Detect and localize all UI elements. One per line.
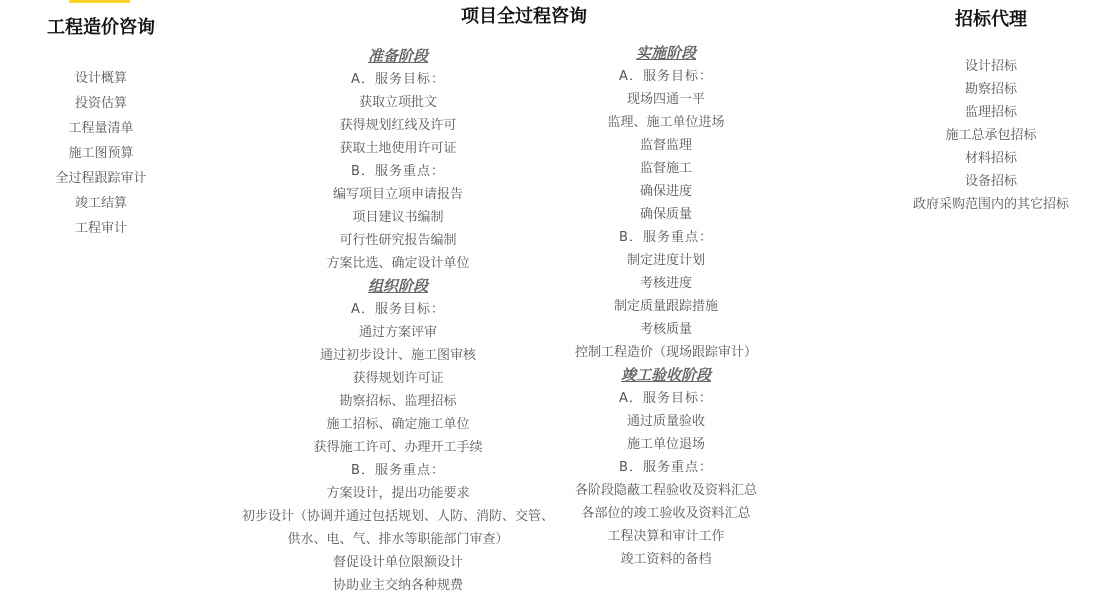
cost-consulting-title: 工程造价咨询 bbox=[47, 17, 155, 39]
list-item[interactable]: 政府采购范围内的其它招标 bbox=[913, 193, 1069, 216]
goal-item: 施工招标、确定施工单位 bbox=[238, 413, 558, 436]
section-goal-label: A．服务目标： bbox=[238, 298, 558, 321]
list-item[interactable]: 监理招标 bbox=[913, 101, 1069, 124]
focus-item: 考核进度 bbox=[536, 272, 796, 295]
goal-item: 获取立项批文 bbox=[238, 91, 558, 114]
full-process-consulting-title: 项目全过程咨询 bbox=[461, 6, 587, 28]
phase-title-organization: 组织阶段 bbox=[238, 275, 558, 298]
goal-item: 获取土地使用许可证 bbox=[238, 137, 558, 160]
goal-item: 监督监理 bbox=[536, 134, 796, 157]
section-focus-label: B．服务重点： bbox=[536, 226, 796, 249]
goal-item: 监理、施工单位进场 bbox=[536, 111, 796, 134]
goal-item: 获得规划许可证 bbox=[238, 367, 558, 390]
list-item[interactable]: 设备招标 bbox=[913, 170, 1069, 193]
tender-agency-list: 设计招标 勘察招标 监理招标 施工总承包招标 材料招标 设备招标 政府采购范围内… bbox=[913, 55, 1069, 216]
section-goal-label: A．服务目标： bbox=[536, 387, 796, 410]
focus-item: 各阶段隐蔽工程验收及资料汇总 bbox=[536, 479, 796, 502]
goal-item: 勘察招标、监理招标 bbox=[238, 390, 558, 413]
focus-item: 竣工资料的备档 bbox=[536, 548, 796, 571]
focus-item: 工程决算和审计工作 bbox=[536, 525, 796, 548]
goal-item: 确保质量 bbox=[536, 203, 796, 226]
focus-item: 方案设计，提出功能要求 bbox=[238, 482, 558, 505]
list-item[interactable]: 材料招标 bbox=[913, 147, 1069, 170]
focus-item: 协助业主交纳各种规费 bbox=[238, 574, 558, 597]
phase-title-completion: 竣工验收阶段 bbox=[536, 364, 796, 387]
list-item[interactable]: 施工图预算 bbox=[55, 141, 146, 166]
phase-column-2: 实施阶段 A．服务目标： 现场四通一平 监理、施工单位进场 监督监理 监督施工 … bbox=[536, 42, 796, 571]
focus-item: 各部位的竣工验收及资料汇总 bbox=[536, 502, 796, 525]
active-tab-indicator bbox=[69, 0, 130, 3]
focus-item: 方案比选、确定设计单位 bbox=[238, 252, 558, 275]
phase-column-1: 准备阶段 A．服务目标： 获取立项批文 获得规划红线及许可 获取土地使用许可证 … bbox=[238, 45, 558, 597]
focus-item: 考核质量 bbox=[536, 318, 796, 341]
focus-item: 项目建议书编制 bbox=[238, 206, 558, 229]
section-focus-label: B．服务重点： bbox=[536, 456, 796, 479]
goal-item: 通过初步设计、施工图审核 bbox=[238, 344, 558, 367]
focus-item: 初步设计（协调并通过包括规划、人防、消防、交管、供水、电、气、排水等职能部门审查… bbox=[238, 505, 558, 551]
focus-item: 可行性研究报告编制 bbox=[238, 229, 558, 252]
cost-consulting-list: 设计概算 投资估算 工程量清单 施工图预算 全过程跟踪审计 竣工结算 工程审计 bbox=[55, 66, 146, 241]
list-item[interactable]: 工程审计 bbox=[55, 216, 146, 241]
goal-item: 通过质量验收 bbox=[536, 410, 796, 433]
goal-item: 获得规划红线及许可 bbox=[238, 114, 558, 137]
list-item[interactable]: 工程量清单 bbox=[55, 116, 146, 141]
services-page: 工程造价咨询 设计概算 投资估算 工程量清单 施工图预算 全过程跟踪审计 竣工结… bbox=[0, 0, 1115, 606]
section-focus-label: B．服务重点： bbox=[238, 160, 558, 183]
list-item[interactable]: 设计概算 bbox=[55, 66, 146, 91]
list-item[interactable]: 设计招标 bbox=[913, 55, 1069, 78]
list-item[interactable]: 全过程跟踪审计 bbox=[55, 166, 146, 191]
goal-item: 确保进度 bbox=[536, 180, 796, 203]
list-item[interactable]: 勘察招标 bbox=[913, 78, 1069, 101]
goal-item: 监督施工 bbox=[536, 157, 796, 180]
goal-item: 施工单位退场 bbox=[536, 433, 796, 456]
goal-item: 通过方案评审 bbox=[238, 321, 558, 344]
goal-item: 现场四通一平 bbox=[536, 88, 796, 111]
list-item[interactable]: 施工总承包招标 bbox=[913, 124, 1069, 147]
section-goal-label: A．服务目标： bbox=[238, 68, 558, 91]
tender-agency-title: 招标代理 bbox=[955, 9, 1027, 31]
list-item[interactable]: 竣工结算 bbox=[55, 191, 146, 216]
goal-item: 获得施工许可、办理开工手续 bbox=[238, 436, 558, 459]
list-item[interactable]: 投资估算 bbox=[55, 91, 146, 116]
phase-title-preparation: 准备阶段 bbox=[238, 45, 558, 68]
focus-item: 制定进度计划 bbox=[536, 249, 796, 272]
focus-item: 控制工程造价（现场跟踪审计） bbox=[536, 341, 796, 364]
focus-item: 编写项目立项申请报告 bbox=[238, 183, 558, 206]
phase-title-implementation: 实施阶段 bbox=[536, 42, 796, 65]
focus-item: 制定质量跟踪措施 bbox=[536, 295, 796, 318]
section-focus-label: B．服务重点： bbox=[238, 459, 558, 482]
section-goal-label: A．服务目标： bbox=[536, 65, 796, 88]
focus-item: 督促设计单位限额设计 bbox=[238, 551, 558, 574]
